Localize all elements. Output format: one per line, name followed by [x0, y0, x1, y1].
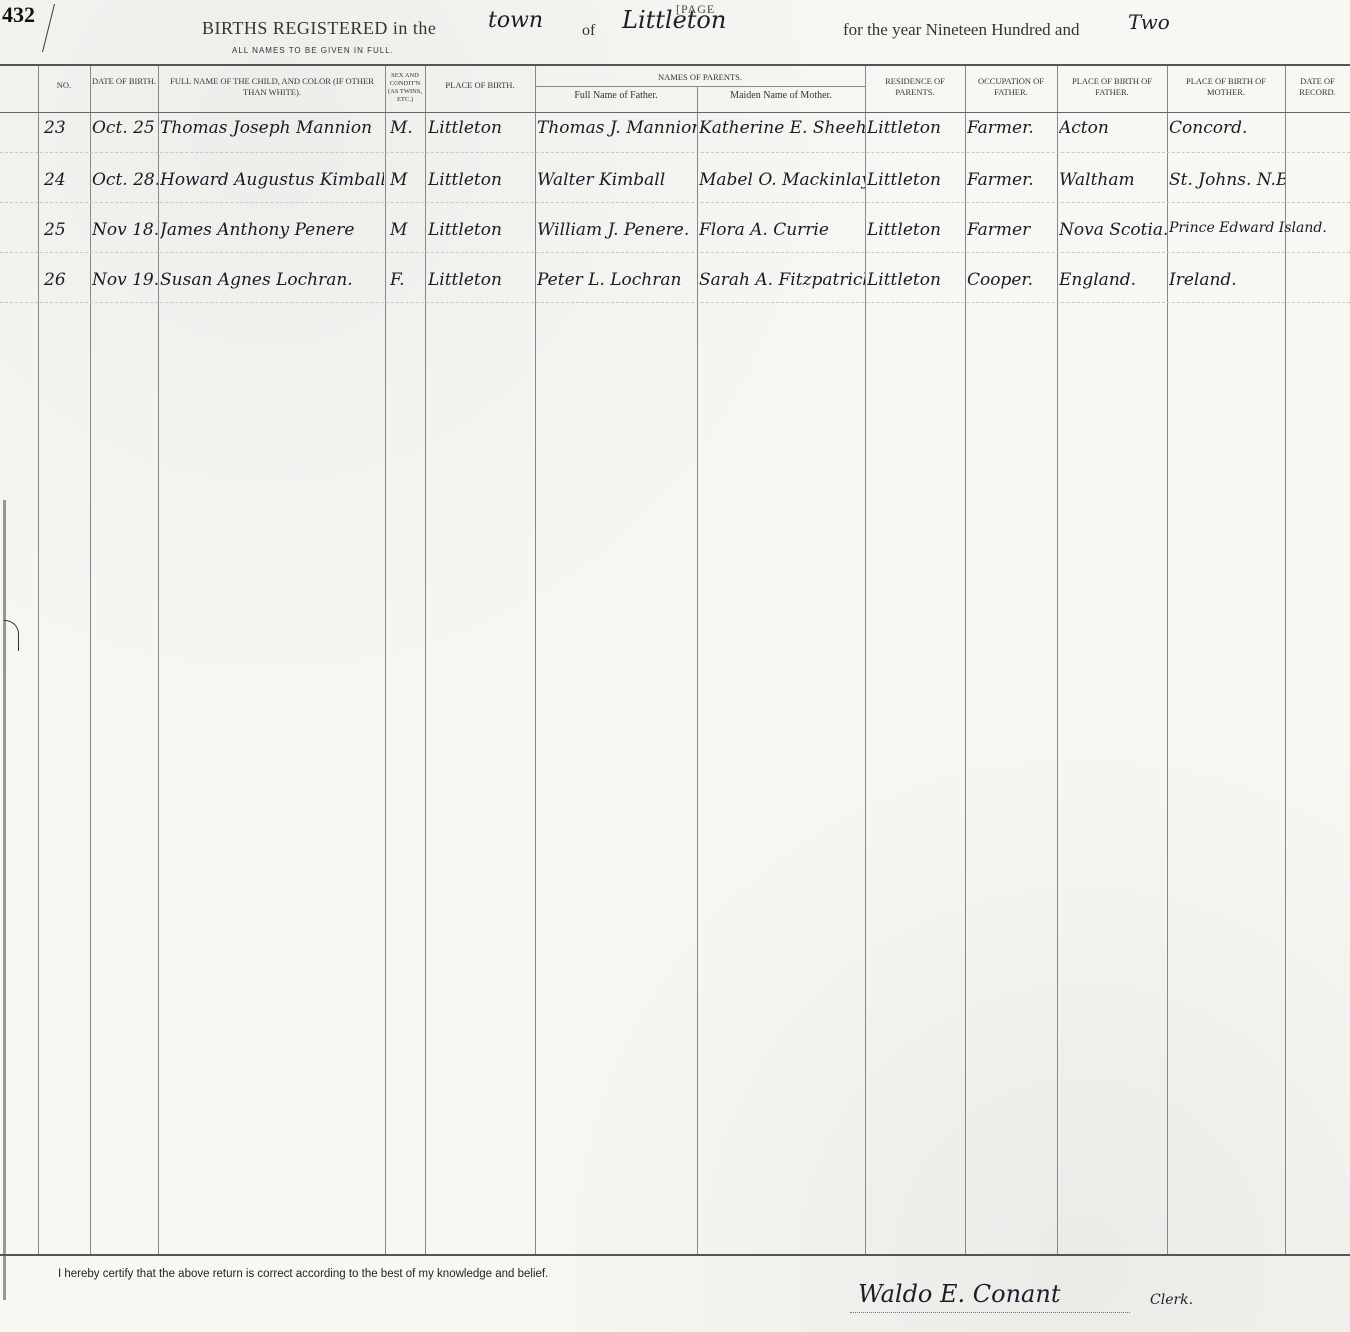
column-rule	[425, 66, 426, 1254]
header-mother-maiden-name: Maiden Name of Mother.	[697, 90, 865, 101]
header-date-of-birth: DATE OF BIRTH.	[90, 76, 158, 87]
row-rule	[0, 302, 1350, 303]
header-father-occupation: OCCUPATION OF FATHER.	[965, 76, 1057, 98]
header-child-name: FULL NAME OF THE CHILD, AND COLOR (if ot…	[162, 76, 382, 98]
cell-place-of-birth: Littleton	[428, 220, 534, 240]
year-suffix: Two	[1128, 10, 1170, 34]
cell-child-name: Howard Augustus Kimball	[160, 170, 384, 190]
subtitle: ALL NAMES TO BE GIVEN IN FULL.	[232, 46, 394, 55]
cell-father-name: William J. Penere.	[537, 220, 697, 240]
cell-date-of-birth: Nov 19.	[92, 270, 158, 290]
header-rule	[0, 112, 1350, 113]
header-no: No.	[38, 80, 90, 91]
column-rule	[535, 66, 536, 1254]
year-prefix: for the year Nineteen Hundred and	[843, 20, 1079, 40]
cell-father-name: Peter L. Lochran	[537, 270, 697, 290]
clerk-signature: Waldo E. Conant	[858, 1280, 1060, 1308]
header-place-of-birth: PLACE OF BIRTH.	[425, 80, 535, 91]
header-father-name: Full Name of Father.	[535, 90, 697, 101]
cell-place-of-birth: Littleton	[428, 170, 534, 190]
column-rule	[697, 86, 698, 1254]
cell-mother-maiden-name: Sarah A. Fitzpatrick	[699, 270, 865, 290]
cell-mother-maiden-name: Mabel O. Mackinlay	[699, 170, 865, 190]
page-title: BIRTHS REGISTERED in the	[202, 18, 436, 39]
column-rule	[865, 66, 866, 1254]
cell-date-of-birth: Oct. 28.	[92, 170, 158, 190]
clerk-title: Clerk.	[1150, 1292, 1193, 1308]
cell-mother-maiden-name: Flora A. Currie	[699, 220, 865, 240]
cell-date-of-birth: Nov 18.	[92, 220, 158, 240]
cell-no: 23	[44, 118, 88, 138]
header-mother-birthplace: PLACE OF BIRTH OF MOTHER.	[1167, 76, 1285, 98]
of-label: of	[582, 22, 595, 40]
cell-father-birthplace: England.	[1059, 270, 1167, 290]
cell-sex: F.	[390, 270, 424, 290]
cell-residence: Littleton	[867, 170, 965, 190]
cell-father-occupation: Farmer.	[967, 118, 1057, 138]
cell-father-birthplace: Waltham	[1059, 170, 1167, 190]
header-date-of-record: DATE OF RECORD.	[1285, 76, 1350, 98]
certification-statement: I hereby certify that the above return i…	[58, 1268, 548, 1280]
cell-residence: Littleton	[867, 118, 965, 138]
header-father-birthplace: PLACE OF BIRTH OF FATHER.	[1057, 76, 1167, 98]
cell-mother-birthplace: St. Johns. N.B.	[1169, 170, 1285, 190]
cell-residence: Littleton	[867, 220, 965, 240]
cell-no: 26	[44, 270, 88, 290]
cell-father-occupation: Farmer	[967, 220, 1057, 240]
municipality-name: Littleton	[622, 6, 726, 34]
cell-sex: M	[390, 220, 424, 240]
column-rule	[385, 66, 386, 1254]
cell-father-name: Thomas J. Mannion	[537, 118, 697, 138]
check-mark	[42, 4, 77, 52]
cell-father-occupation: Cooper.	[967, 270, 1057, 290]
column-rule	[1285, 66, 1286, 1254]
cell-sex: M.	[390, 118, 424, 138]
cell-mother-birthplace: Prince Edward Island.	[1169, 220, 1349, 236]
row-rule	[0, 202, 1350, 203]
cell-no: 25	[44, 220, 88, 240]
header-residence: RESIDENCE OF PARENTS.	[865, 76, 965, 98]
cell-residence: Littleton	[867, 270, 965, 290]
register-table: No. DATE OF BIRTH. FULL NAME OF THE CHIL…	[0, 64, 1350, 1256]
column-rule	[1057, 66, 1058, 1254]
register-page: 432 [PAGE BIRTHS REGISTERED in the town …	[0, 0, 1350, 1332]
cell-father-birthplace: Nova Scotia.	[1059, 220, 1167, 240]
cell-child-name: Susan Agnes Lochran.	[160, 270, 384, 290]
cell-father-birthplace: Acton	[1059, 118, 1167, 138]
column-rule	[158, 66, 159, 1254]
cell-mother-birthplace: Concord.	[1169, 118, 1285, 138]
row-rule	[0, 252, 1350, 253]
column-rule	[1167, 66, 1168, 1254]
cell-father-occupation: Farmer.	[967, 170, 1057, 190]
cell-place-of-birth: Littleton	[428, 270, 534, 290]
cell-sex: M	[390, 170, 424, 190]
cell-child-name: James Anthony Penere	[160, 220, 384, 240]
cell-date-of-birth: Oct. 25	[92, 118, 158, 138]
cell-no: 24	[44, 170, 88, 190]
column-rule	[38, 66, 39, 1254]
parents-group-rule	[535, 86, 865, 87]
cell-child-name: Thomas Joseph Mannion	[160, 118, 384, 138]
page-number: 432	[2, 2, 35, 28]
header-sex: SEX AND CONDIT'N (as Twins, etc.)	[385, 72, 425, 104]
signature-line	[850, 1312, 1130, 1313]
header-names-of-parents: NAMES OF PARENTS.	[535, 72, 865, 83]
cell-mother-birthplace: Ireland.	[1169, 270, 1285, 290]
cell-mother-maiden-name: Katherine E. Sheehan	[699, 118, 865, 138]
row-rule	[0, 152, 1350, 153]
cell-place-of-birth: Littleton	[428, 118, 534, 138]
title-prefix: BIRTHS REGISTERED in the	[202, 18, 436, 38]
municipality-type: town	[488, 8, 543, 33]
column-rule	[965, 66, 966, 1254]
cell-father-name: Walter Kimball	[537, 170, 697, 190]
column-rule	[90, 66, 91, 1254]
